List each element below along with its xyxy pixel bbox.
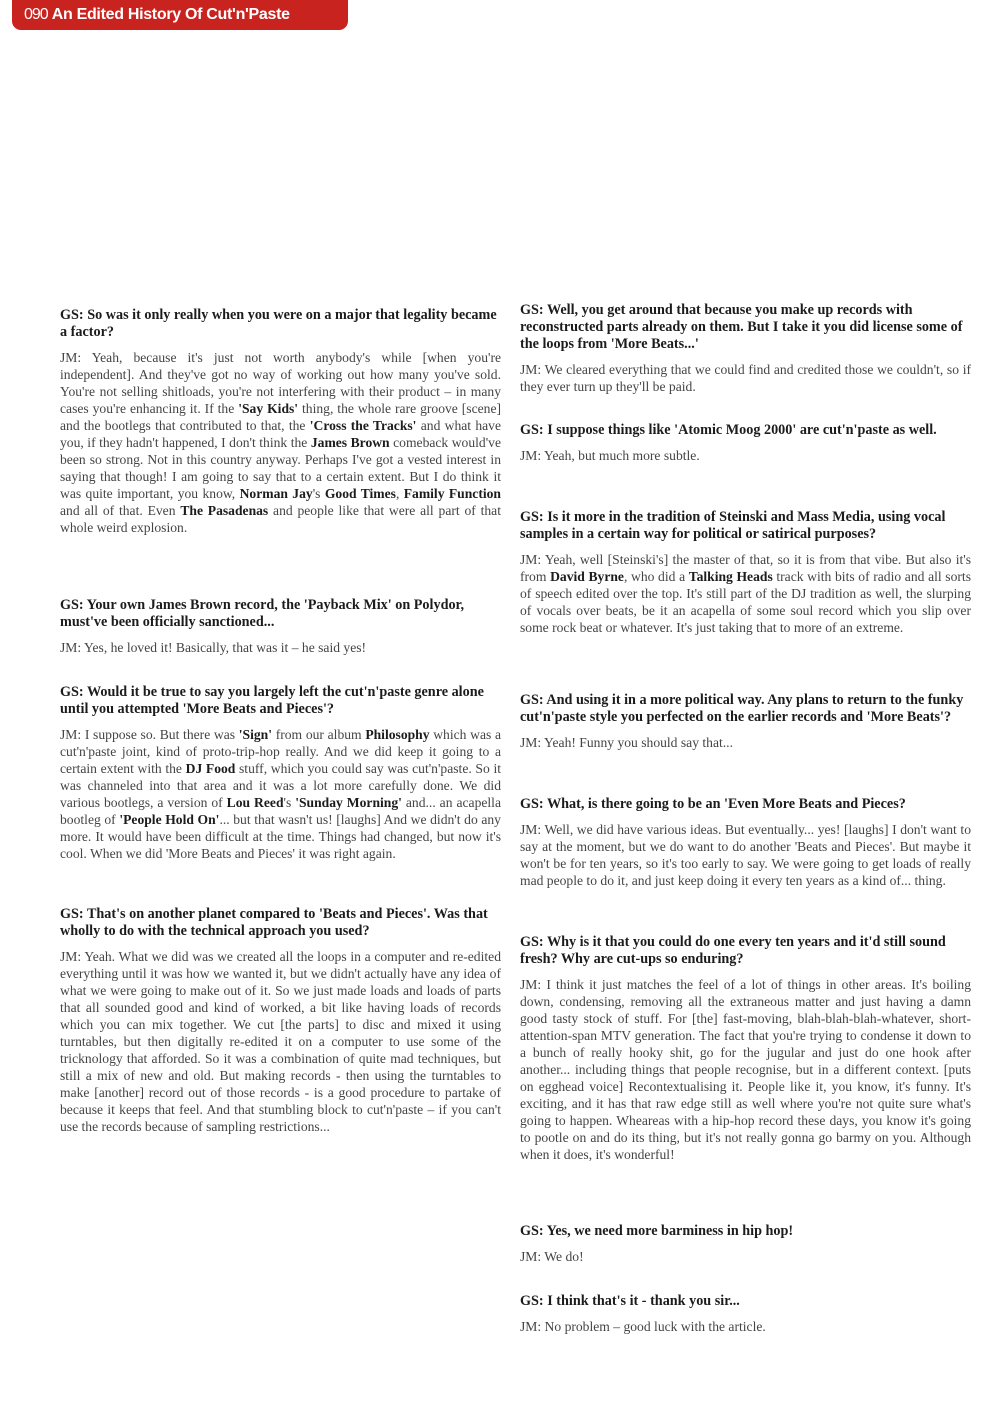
interview-answer: JM: I think it just matches the feel of … [520, 976, 971, 1163]
interview-answer: JM: Yeah. What we did was we created all… [60, 948, 501, 1135]
interview-answer: JM: Yeah, well [Steinski's] the master o… [520, 551, 971, 636]
qa-block: GS: What, is there going to be an 'Even … [520, 796, 971, 889]
qa-block: GS: So was it only really when you were … [60, 307, 501, 536]
interview-question: GS: Why is it that you could do one ever… [520, 934, 971, 968]
interview-answer: JM: No problem – good luck with the arti… [520, 1318, 971, 1335]
interview-question: GS: I suppose things like 'Atomic Moog 2… [520, 422, 971, 439]
qa-block: GS: I suppose things like 'Atomic Moog 2… [520, 422, 971, 464]
interview-answer: JM: Yeah, but much more subtle. [520, 447, 971, 464]
qa-block: GS: Your own James Brown record, the 'Pa… [60, 597, 501, 656]
interview-question: GS: So was it only really when you were … [60, 307, 501, 341]
interview-question: GS: Well, you get around that because yo… [520, 302, 971, 353]
interview-answer: JM: Yeah! Funny you should say that... [520, 734, 971, 751]
interview-answer: JM: Yeah, because it's just not worth an… [60, 349, 501, 536]
interview-question: GS: Yes, we need more barminess in hip h… [520, 1223, 971, 1240]
interview-question: GS: Is it more in the tradition of Stein… [520, 509, 971, 543]
qa-block: GS: Yes, we need more barminess in hip h… [520, 1223, 971, 1265]
interview-question: GS: Your own James Brown record, the 'Pa… [60, 597, 501, 631]
page-number: 090 [24, 6, 48, 24]
qa-block: GS: Why is it that you could do one ever… [520, 934, 971, 1163]
interview-answer: JM: Yes, he loved it! Basically, that wa… [60, 639, 501, 656]
qa-block: GS: Would it be true to say you largely … [60, 684, 501, 862]
qa-block: GS: Well, you get around that because yo… [520, 302, 971, 395]
page-header-tab: 090 An Edited History Of Cut'n'Paste [12, 0, 348, 30]
interview-answer: JM: We do! [520, 1248, 971, 1265]
interview-question: GS: I think that's it - thank you sir... [520, 1293, 971, 1310]
interview-question: GS: What, is there going to be an 'Even … [520, 796, 971, 813]
interview-answer: JM: I suppose so. But there was 'Sign' f… [60, 726, 501, 862]
section-title: An Edited History Of Cut'n'Paste [52, 6, 290, 24]
qa-block: GS: I think that's it - thank you sir...… [520, 1293, 971, 1335]
interview-answer: JM: Well, we did have various ideas. But… [520, 821, 971, 889]
interview-question: GS: Would it be true to say you largely … [60, 684, 501, 718]
interview-question: GS: And using it in a more political way… [520, 692, 971, 726]
qa-block: GS: And using it in a more political way… [520, 692, 971, 751]
interview-answer: JM: We cleared everything that we could … [520, 361, 971, 395]
qa-block: GS: That's on another planet compared to… [60, 906, 501, 1135]
interview-question: GS: That's on another planet compared to… [60, 906, 501, 940]
qa-block: GS: Is it more in the tradition of Stein… [520, 509, 971, 636]
